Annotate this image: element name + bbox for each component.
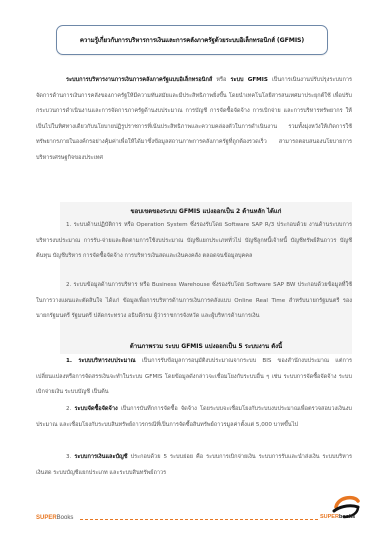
footer-dashed-rule (80, 519, 318, 520)
section2-item-2: 2. ระบบจัดซื้อจัดจ้าง เป็นการบันทึกการจั… (36, 402, 352, 433)
section1-heading: ขอบเขตของระบบ GFMIS แบ่งออกเป็น 2 ด้านหล… (60, 206, 352, 218)
section2-item-1: 1. ระบบบริหารงบประมาณ เป็นการรับข้อมูลกา… (36, 354, 352, 401)
section1-item-2: 2. ระบบข้อมูลด้านการบริหาร หรือ Business… (36, 278, 352, 325)
section2-item-3: 3. ระบบการเงินและบัญชี ประกอบด้วย 5 ระบบ… (36, 450, 352, 481)
section1-item-1: 1. ระบบด้านปฏิบัติการ หรือ Operation Sys… (36, 218, 352, 265)
intro-bold-short: ระบบ GFMIS (230, 77, 267, 83)
document-page: ความรู้เกี่ยวกับการบริหารการเงินและการคล… (0, 0, 383, 554)
intro-bold-lead: ระบบการบริหารงานการเงินการคลังภาครัฐแบบอ… (66, 77, 212, 83)
footer-brand: SUPERBooks (36, 515, 73, 521)
footer-logo-text: SUPERbooks (320, 514, 355, 520)
page-title: ความรู้เกี่ยวกับการบริหารการเงินและการคล… (80, 35, 304, 45)
title-box: ความรู้เกี่ยวกับการบริหารการเงินและการคล… (56, 25, 328, 55)
section2-heading: ด้านภาพรวม ระบบ GFMIS แบ่งออกเป็น 5 ระบบ… (60, 341, 352, 353)
intro-paragraph: ระบบการบริหารงานการเงินการคลังภาครัฐแบบอ… (36, 73, 352, 166)
